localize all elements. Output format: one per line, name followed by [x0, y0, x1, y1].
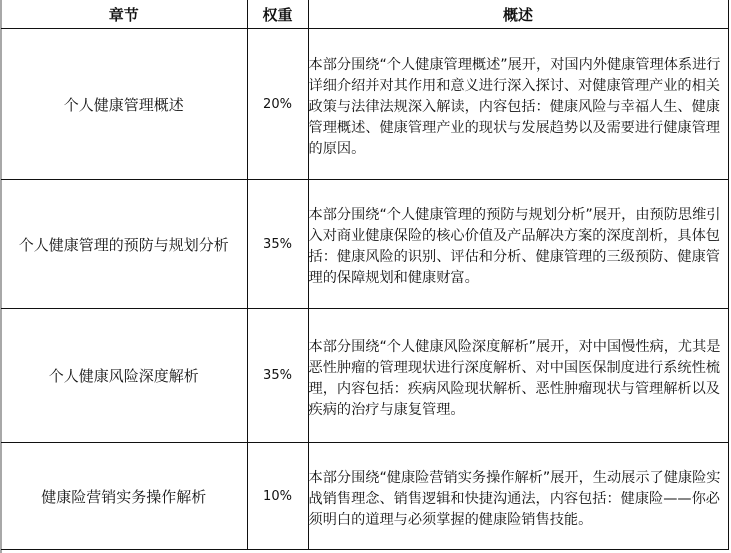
chapter-cell: 个人健康风险深度解析: [1, 309, 247, 443]
header-weight: 权重: [247, 0, 308, 29]
header-summary: 概述: [308, 0, 728, 29]
summary-text: 本部分围绕“个人健康风险深度解析”展开，对中国慢性病，尤其是恶性肿瘤的管理现状进…: [309, 331, 728, 421]
weight-cell: 35%: [247, 180, 308, 309]
header-row: 章节 权重 概述: [1, 0, 728, 29]
summary-cell: 本部分围绕“健康险营销实务操作解析”展开，生动展示了健康险实战销售理念、销售逻辑…: [308, 443, 728, 550]
summary-text: 本部分围绕“个人健康管理的预防与规划分析”展开，由预防思维引入对商业健康保险的核…: [309, 199, 728, 289]
course-outline-table: 章节 权重 概述 个人健康管理概述 20% 本部分围绕“个人健康管理概述”展开，…: [1, 0, 729, 550]
summary-cell: 本部分围绕“个人健康管理概述”展开，对国内外健康管理体系进行详细介绍并对其作用和…: [308, 29, 728, 180]
chapter-cell: 健康险营销实务操作解析: [1, 443, 247, 550]
chapter-cell: 个人健康管理概述: [1, 29, 247, 180]
chapter-cell: 个人健康管理的预防与规划分析: [1, 180, 247, 309]
table-row: 个人健康管理的预防与规划分析 35% 本部分围绕“个人健康管理的预防与规划分析”…: [1, 180, 728, 309]
summary-text: 本部分围绕“健康险营销实务操作解析”展开，生动展示了健康险实战销售理念、销售逻辑…: [309, 462, 728, 531]
header-chapter: 章节: [1, 0, 247, 29]
weight-cell: 20%: [247, 29, 308, 180]
summary-text: 本部分围绕“个人健康管理概述”展开，对国内外健康管理体系进行详细介绍并对其作用和…: [309, 49, 728, 160]
weight-cell: 10%: [247, 443, 308, 550]
weight-cell: 35%: [247, 309, 308, 443]
summary-cell: 本部分围绕“个人健康风险深度解析”展开，对中国慢性病，尤其是恶性肿瘤的管理现状进…: [308, 309, 728, 443]
table-row: 个人健康风险深度解析 35% 本部分围绕“个人健康风险深度解析”展开，对中国慢性…: [1, 309, 728, 443]
table-row: 健康险营销实务操作解析 10% 本部分围绕“健康险营销实务操作解析”展开，生动展…: [1, 443, 728, 550]
summary-cell: 本部分围绕“个人健康管理的预防与规划分析”展开，由预防思维引入对商业健康保险的核…: [308, 180, 728, 309]
table-row: 个人健康管理概述 20% 本部分围绕“个人健康管理概述”展开，对国内外健康管理体…: [1, 29, 728, 180]
